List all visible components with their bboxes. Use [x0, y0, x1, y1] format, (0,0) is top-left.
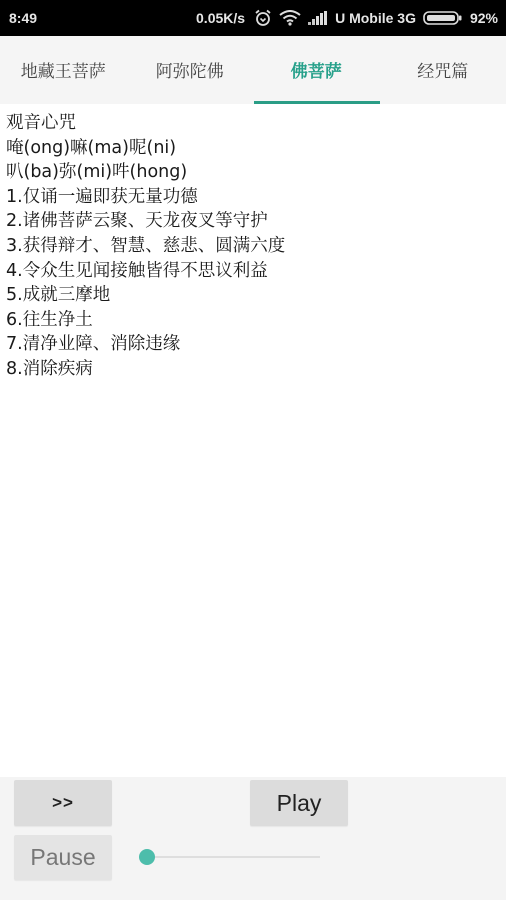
- content-line: 8.消除疾病: [6, 357, 506, 382]
- alarm-icon: [254, 9, 272, 27]
- content-line: 2.诸佛菩萨云聚、天龙夜叉等守护: [6, 209, 506, 234]
- content-line: 4.令众生见闻接触皆得不思议利益: [6, 259, 506, 284]
- tab-dizangwang-pusa[interactable]: 地藏王菩萨: [0, 36, 127, 104]
- seek-slider[interactable]: [138, 846, 320, 868]
- content-line: 唵(ong)嘛(ma)呢(ni): [6, 136, 506, 161]
- seek-track: [146, 856, 320, 858]
- tab-jingzhou-pian[interactable]: 经咒篇: [380, 36, 506, 104]
- battery-icon: [423, 11, 463, 25]
- content-line: 3.获得辩才、智慧、慈悲、圆满六度: [6, 234, 506, 259]
- signal-icon: [308, 11, 328, 25]
- tab-amituofo[interactable]: 阿弥陀佛: [127, 36, 254, 104]
- pause-button[interactable]: Pause: [14, 835, 112, 880]
- mantra-content: 观音心咒 唵(ong)嘛(ma)呢(ni) 叭(ba)弥(mi)吽(hong) …: [0, 104, 506, 777]
- play-button[interactable]: Play: [250, 780, 348, 826]
- tab-label: 地藏王菩萨: [21, 57, 106, 82]
- content-line: 6.往生净土: [6, 308, 506, 333]
- content-line: 1.仅诵一遍即获无量功德: [6, 185, 506, 210]
- tab-label: 佛菩萨: [291, 57, 342, 82]
- player-controls: >> Play Pause: [0, 777, 506, 900]
- status-right: 0.05K/s U Mobile 3G 92%: [196, 0, 498, 36]
- battery-percent: 92%: [470, 10, 498, 26]
- tab-label: 阿弥陀佛: [156, 57, 224, 82]
- network-speed: 0.05K/s: [196, 10, 245, 26]
- content-title: 观音心咒: [6, 111, 506, 136]
- status-bar: 8:49 0.05K/s U Mobile 3G 92%: [0, 0, 506, 36]
- wifi-icon: [279, 10, 301, 26]
- content-line: 7.清净业障、消除违缘: [6, 332, 506, 357]
- content-line: 叭(ba)弥(mi)吽(hong): [6, 160, 506, 185]
- status-time: 8:49: [9, 10, 37, 26]
- next-button[interactable]: >>: [14, 780, 112, 826]
- tab-label: 经咒篇: [417, 57, 468, 82]
- seek-thumb[interactable]: [139, 849, 155, 865]
- tab-fo-pusa[interactable]: 佛菩萨: [253, 36, 380, 104]
- content-line: 5.成就三摩地: [6, 283, 506, 308]
- carrier-name: U Mobile 3G: [335, 10, 416, 26]
- tab-bar: 地藏王菩萨 阿弥陀佛 佛菩萨 经咒篇: [0, 36, 506, 104]
